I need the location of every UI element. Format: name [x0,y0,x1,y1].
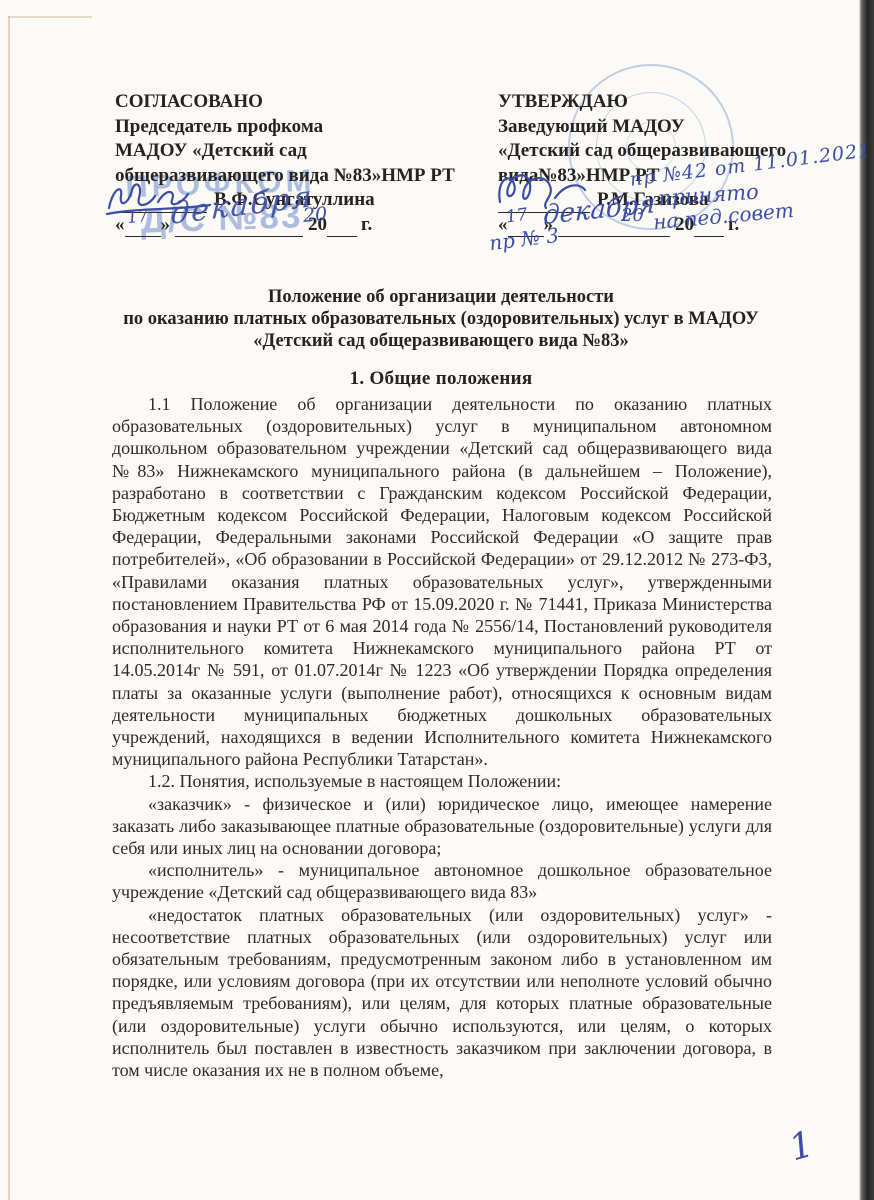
date-century-left: 20 [308,213,327,238]
date-open-quote: « [498,213,508,238]
paper-edge-left [8,16,10,1200]
date-year-blank-right [694,219,724,237]
approval-right-title: УТВЕРЖДАЮ [498,90,786,115]
date-month-blank-left [175,219,303,237]
approval-left-title: СОГЛАСОВАНО [115,90,455,115]
document-body: 1.1 Положение об организации деятельност… [112,393,772,1081]
date-month-blank-right [558,219,670,237]
approval-right-date-row: «»20г. [498,213,786,238]
date-close-quote: » [161,213,171,238]
date-close-quote: » [544,213,554,238]
paper-edge-top [8,16,92,18]
document-title-line3: «Детский сад общеразвивающего вида №83» [112,330,770,352]
paragraph-customer: «заказчик» - физическое и (или) юридичес… [112,793,772,860]
approval-left-org-line2: общеразвивающего вида №83»НМР РТ [115,164,455,189]
paragraph-1-1: 1.1 Положение об организации деятельност… [112,393,772,770]
date-year-blank-left [327,219,357,237]
date-open-quote: « [115,213,125,238]
approval-right-role: Заведующий МАДОУ [498,115,786,140]
approval-left-signer: В.Ф.Сунгатуллина [214,188,375,213]
date-day-blank-left [125,219,161,237]
approval-left-date-row: «»20г. [115,213,455,238]
approval-left-role: Председатель профкома [115,115,455,140]
date-year-suffix-right: г. [728,213,739,238]
scanned-page: СОГЛАСОВАНО Председатель профкома МАДОУ … [0,0,874,1200]
document-title-line1: Положение об организации деятельности [112,286,770,308]
approval-right-org-line1: «Детский сад общеразвивающего [498,139,786,164]
signature-blank-left [115,195,207,213]
date-year-suffix-left: г. [361,213,372,238]
approval-left-signature-row: В.Ф.Сунгатуллина [115,188,455,213]
approval-right-signer: Р.М.Газизова [597,188,708,213]
paragraph-deficiency: «недостаток платных образовательных (или… [112,904,772,1082]
approval-block-left: СОГЛАСОВАНО Председатель профкома МАДОУ … [115,90,455,237]
approval-right-org-line2: вида№83»НМР РТ [498,164,786,189]
handwritten-page-number: 1 [785,1124,818,1170]
signature-blank-right [498,195,590,213]
scan-shadow-right [859,0,874,1200]
approval-block-right: УТВЕРЖДАЮ Заведующий МАДОУ «Детский сад … [498,90,786,237]
section-1-heading: 1. Общие положения [112,368,770,390]
paragraph-1-2: 1.2. Понятия, используемые в настоящем П… [112,770,772,792]
document-title: Положение об организации деятельности по… [112,286,770,352]
approval-right-signature-row: Р.М.Газизова [498,188,786,213]
date-day-blank-right [508,219,544,237]
approval-left-org-line1: МАДОУ «Детский сад [115,139,455,164]
paragraph-provider: «исполнитель» - муниципальное автономное… [112,859,772,903]
date-century-right: 20 [675,213,694,238]
document-title-line2: по оказанию платных образовательных (озд… [112,308,770,330]
